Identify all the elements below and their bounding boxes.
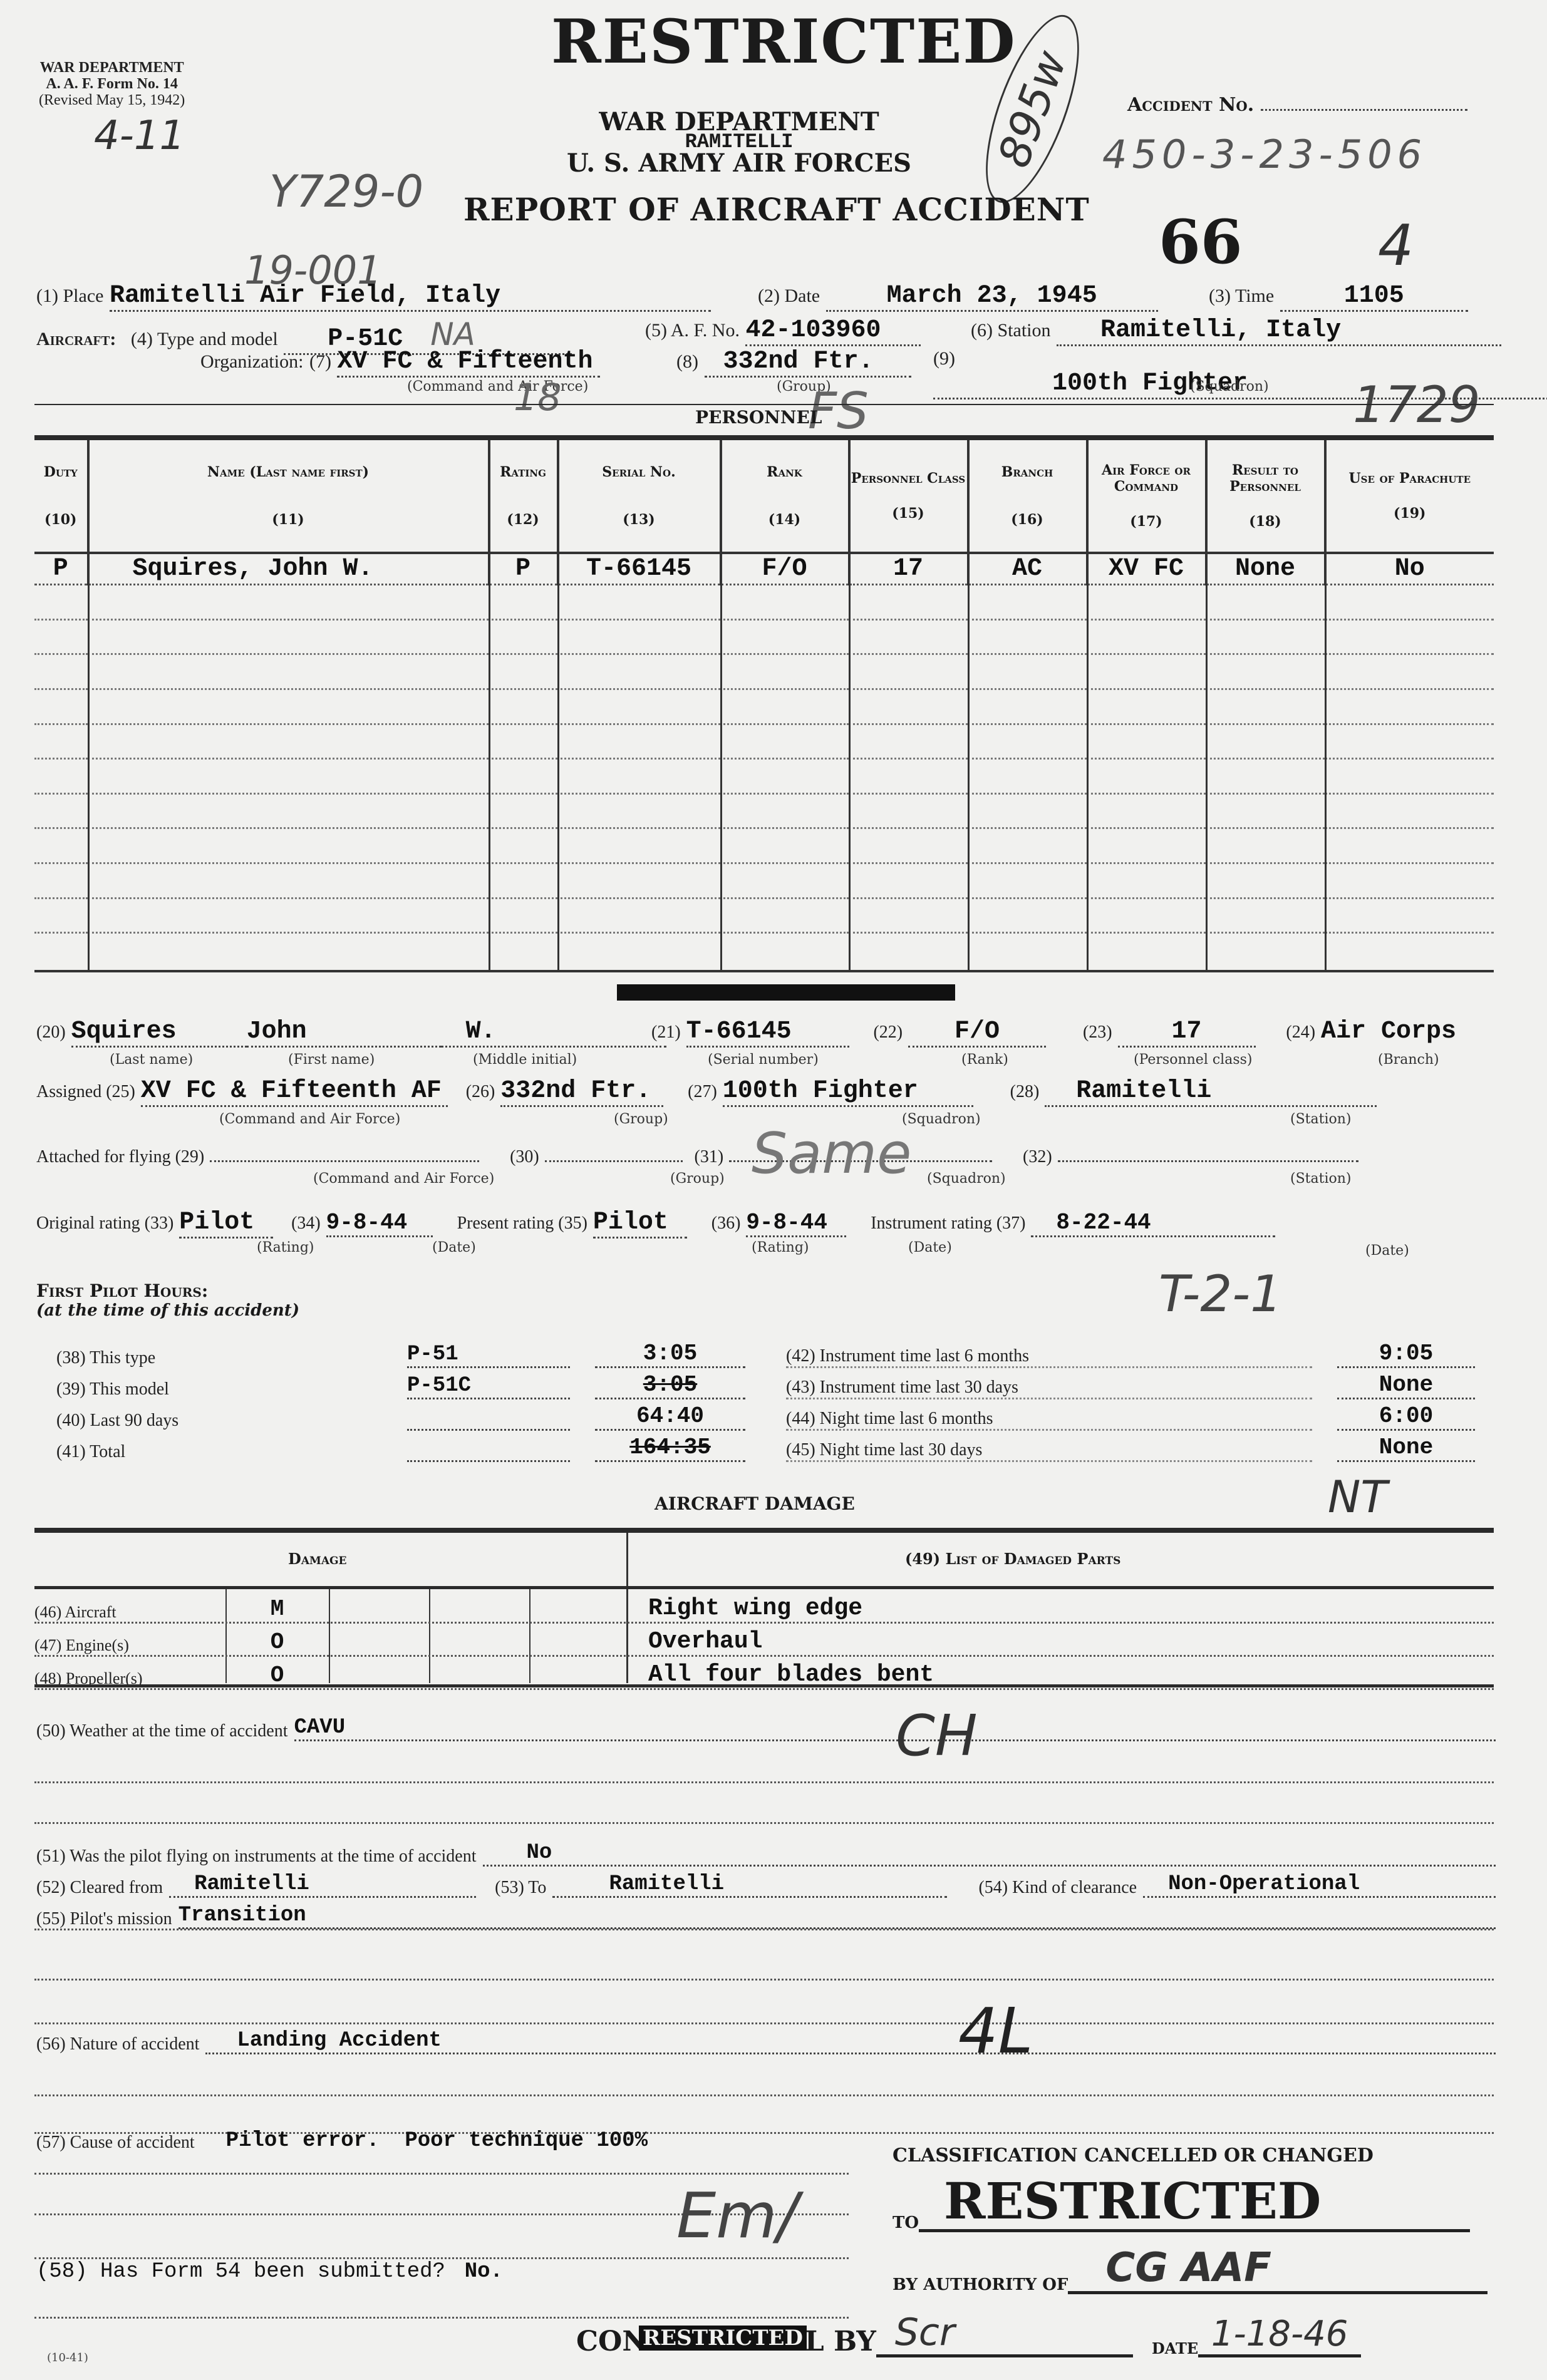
pilot-section-bar [617, 984, 955, 1001]
classification-stamp-top: RESTRICTED [551, 6, 1017, 77]
branch-caption: (Branch) [1378, 1052, 1439, 1068]
personnel-row-empty [34, 793, 1494, 828]
mission-label: (55) Pilot's mission [36, 1909, 172, 1929]
blank-line [34, 2022, 1494, 2024]
confidential-by-signature[interactable]: Scr [876, 2310, 1133, 2357]
place-label: (1) Place [36, 286, 103, 306]
afno-field[interactable]: 42-103960 [745, 316, 921, 346]
personnel-row-empty [34, 933, 1494, 971]
weather-initials: CH [896, 1703, 978, 1769]
col-result: Result to Personnel(18) [1206, 440, 1325, 553]
personnel-row-empty [34, 689, 1494, 724]
rank-caption: (Rank) [961, 1052, 1008, 1068]
print-code: (10-41) [47, 2351, 88, 2364]
hours-hand-note: T-2-1 [1159, 1265, 1282, 1323]
handwritten-check-4: 4 [1378, 213, 1414, 279]
form54-row: (58) Has Form 54 been submitted? No. [36, 2257, 503, 2284]
hours-label: (39) This model [56, 1379, 407, 1399]
present-rating-label: Present rating (35) [457, 1213, 587, 1233]
col-air-force: Air Force or Command(17) [1087, 440, 1206, 553]
time-field[interactable]: 1105 [1280, 282, 1468, 312]
nature-row: (56) Nature of accident Landing Accident [36, 2029, 1496, 2054]
blank-line [34, 2094, 1494, 2096]
authority-value[interactable]: CG AAF [1068, 2245, 1487, 2294]
blank-line [34, 1822, 1494, 1824]
cause-field[interactable]: Pilot error. Poor technique 100% [226, 2129, 648, 2153]
f21-label: (21) [651, 1023, 681, 1042]
instr-rating-label: Instrument rating (37) [871, 1213, 1025, 1233]
hours-value[interactable]: 3:05 [595, 1341, 745, 1368]
assigned-command[interactable]: XV FC & Fifteenth AF [141, 1077, 448, 1107]
handwritten-code-a: Y729-0 [269, 166, 423, 217]
nature-hand-note: 4L [958, 1994, 1033, 2068]
org7-field[interactable]: XV FC & Fifteenth [337, 348, 600, 378]
attached-group-caption: (Group) [670, 1171, 725, 1187]
time-row: (3) Time 1105 [1209, 282, 1468, 312]
classification-to-value[interactable]: RESTRICTED [919, 2173, 1470, 2232]
damage-header: Damage [288, 1550, 347, 1568]
classification-to: TO RESTRICTED [892, 2173, 1470, 2232]
org9-caption: (Squadron) [1190, 379, 1269, 394]
mission-row: (55) Pilot's mission Transition [36, 1903, 1496, 1929]
weather-label: (50) Weather at the time of accident [36, 1721, 288, 1741]
col-rank: Rank(14) [720, 440, 849, 553]
col-divider [1325, 440, 1327, 972]
col-divider [1206, 440, 1208, 972]
damaged-part[interactable]: Right wing edge [648, 1595, 862, 1622]
classification-changed-label: CLASSIFICATION CANCELLED OR CHANGED [892, 2145, 1374, 2166]
cell-air-force[interactable]: XV FC [1087, 553, 1206, 585]
cell-duty[interactable]: P [34, 553, 88, 585]
personnel-row-empty [34, 724, 1494, 759]
hours-value[interactable]: 6:00 [1337, 1403, 1475, 1431]
accident-no-field[interactable] [1261, 109, 1467, 111]
f20-label: (20) [36, 1023, 66, 1042]
damage-rows: (46) Aircraft M Right wing edge (47) Eng… [34, 1590, 1494, 1690]
handwritten-reference: 450-3-23-506 [1102, 131, 1427, 177]
personnel-header-row: Duty(10) Name (Last name first)(11) Rati… [34, 440, 1494, 553]
divider [34, 1684, 1494, 1687]
attached-command-caption: (Command and Air Force) [313, 1171, 494, 1187]
cell-serial[interactable]: T-66145 [557, 553, 720, 585]
personnel-row-empty [34, 759, 1494, 794]
personnel-row-empty [34, 654, 1494, 689]
damage-hand-note: NT [1328, 1471, 1387, 1523]
cause-row: (57) Cause of accident Pilot error. Poor… [36, 2129, 648, 2153]
to-field[interactable]: Ramitelli [552, 1872, 947, 1898]
present-date-caption: (Date) [908, 1240, 952, 1255]
serial-caption: (Serial number) [708, 1052, 819, 1068]
damaged-part[interactable]: Overhaul [648, 1628, 762, 1655]
form-id: WAR DEPARTMENT A. A. F. Form No. 14 (Rev… [39, 59, 185, 108]
hours-title: First Pilot Hours: (at the time of this … [36, 1280, 299, 1320]
col-parachute: Use of Parachute(19) [1325, 440, 1494, 553]
divider [34, 435, 1494, 440]
orig-date[interactable]: 9-8-44 [326, 1210, 433, 1237]
afno-row: (5) A. F. No. 42-103960 [645, 316, 921, 346]
handwritten-fs-number: 18 [514, 376, 561, 420]
pilot-last-name[interactable]: Squires [71, 1017, 247, 1048]
col-divider [489, 440, 490, 972]
personnel-table: Duty(10) Name (Last name first)(11) Rati… [34, 440, 1494, 972]
assigned-group-caption: (Group) [614, 1111, 668, 1127]
authority-label: BY AUTHORITY OF [892, 2275, 1068, 2294]
nature-field[interactable]: Landing Accident [205, 2029, 1496, 2054]
type-label: (4) Type and model [131, 329, 278, 349]
parts-header: (49) List of Damaged Parts [905, 1550, 1120, 1568]
attached-handwritten-same: Same [752, 1121, 911, 1187]
instr-rating-date[interactable]: 8-22-44 [1031, 1210, 1275, 1237]
hours-label: (38) This type [56, 1348, 407, 1368]
attached-station-caption: (Station) [1290, 1171, 1352, 1187]
hours-value[interactable]: 64:40 [595, 1403, 745, 1431]
damage-label: (46) Aircraft [34, 1603, 225, 1622]
hours-value[interactable]: 9:05 [1337, 1341, 1475, 1368]
weather-field[interactable]: CAVU [294, 1716, 1496, 1741]
personnel-row: P Squires, John W. P T-66145 F/O 17 AC X… [34, 553, 1494, 585]
assigned-station[interactable]: Ramitelli [1045, 1077, 1377, 1107]
cell-branch[interactable]: AC [968, 553, 1087, 585]
hours-label: (45) Night time last 30 days [786, 1440, 1312, 1462]
report-title: REPORT OF AIRCRAFT ACCIDENT [463, 191, 1090, 228]
personnel-row-empty [34, 585, 1494, 620]
form-number: A. A. F. Form No. 14 [39, 76, 185, 92]
damage-label: (47) Engine(s) [34, 1636, 225, 1655]
hours-row: (41) Total 164:35 [56, 1431, 745, 1462]
station-field[interactable]: Ramitelli, Italy [1057, 316, 1501, 346]
weather-row: (50) Weather at the time of accident CAV… [36, 1716, 1496, 1741]
ratings-row: Original rating (33) Pilot (34) 9-8-44 P… [36, 1208, 1275, 1239]
pilot-rank[interactable]: F/O [908, 1017, 1046, 1048]
col-personnel-class: Personnel Class(15) [849, 440, 968, 553]
place-field[interactable]: Ramitelli Air Field, Italy [110, 282, 711, 312]
clearance-row: (52) Cleared from Ramitelli (53) To Rami… [36, 1872, 1496, 1898]
cell-rank[interactable]: F/O [720, 553, 849, 585]
last-name-caption: (Last name) [110, 1052, 193, 1068]
cell-parachute[interactable]: No [1325, 553, 1494, 585]
orig-rating[interactable]: Pilot [179, 1208, 273, 1239]
clearance-label: (54) Kind of clearance [978, 1878, 1137, 1898]
damage-row: (47) Engine(s) O Overhaul [34, 1624, 1494, 1657]
orig-date-caption: (Date) [432, 1240, 476, 1255]
cell-class[interactable]: 17 [849, 553, 968, 585]
pilot-serial[interactable]: T-66145 [686, 1017, 849, 1048]
instr-date-caption: (Date) [1365, 1243, 1409, 1259]
col-rating: Rating(12) [489, 440, 557, 553]
hours-value[interactable]: 164:35 [595, 1435, 745, 1462]
blank-line [34, 1781, 1494, 1783]
date-label: (2) Date [758, 286, 820, 306]
place-row: (1) Place Ramitelli Air Field, Italy [36, 282, 711, 312]
col-duty: Duty(10) [34, 440, 88, 553]
present-rating-caption: (Rating) [752, 1240, 809, 1255]
confidential-by-row: CONFIDENTIAL BY RESTRICTED Scr DATE 1-18… [576, 2310, 1361, 2357]
mission-field[interactable]: Transition [178, 1903, 1496, 1929]
time-label: (3) Time [1209, 286, 1274, 306]
classification-to-label: TO [892, 2213, 919, 2232]
divider [34, 404, 1494, 405]
authority-row: BY AUTHORITY OF CG AAF [892, 2245, 1487, 2294]
personnel-row-empty [34, 863, 1494, 899]
personnel-row-empty [34, 619, 1494, 654]
hours-row: (40) Last 90 days 64:40 [56, 1399, 745, 1431]
pilot-class[interactable]: 17 [1118, 1017, 1256, 1048]
pilot-first-name[interactable]: John [247, 1017, 441, 1048]
hours-model[interactable] [407, 1460, 570, 1462]
pilot-name-row: (20) SquiresJohnW. [36, 1017, 666, 1048]
blank-line [34, 1979, 1494, 1981]
f22-label: (22) [873, 1023, 903, 1042]
orig-rating-caption: (Rating) [257, 1240, 314, 1255]
org8-field[interactable]: 332nd Ftr. [705, 348, 911, 378]
hours-value[interactable]: 3:05 [595, 1372, 745, 1399]
to-label: (53) To [495, 1878, 546, 1898]
hours-value[interactable]: None [1337, 1435, 1475, 1462]
hours-label: (44) Night time last 6 months [786, 1409, 1312, 1431]
hours-left: (38) This type P-51 3:05 (39) This model… [56, 1337, 745, 1462]
confidential-by-label: CONFIDENTIAL BY RESTRICTED [576, 2326, 876, 2357]
class-caption: (Personnel class) [1134, 1052, 1253, 1068]
f34-label: (34) [291, 1213, 321, 1233]
clearance-field[interactable]: Non-Operational [1143, 1872, 1496, 1898]
assigned-command-caption: (Command and Air Force) [219, 1111, 400, 1127]
date-field[interactable]: March 23, 1945 [826, 282, 1158, 312]
hours-label: (40) Last 90 days [56, 1411, 407, 1431]
form54-label: (58) Has Form 54 been submitted? [36, 2260, 445, 2284]
date-row: (2) Date March 23, 1945 [758, 282, 1158, 312]
assigned-group[interactable]: 332nd Ftr. [500, 1077, 663, 1107]
cell-result[interactable]: None [1206, 553, 1325, 585]
damage-title: AIRCRAFT DAMAGE [654, 1493, 855, 1514]
cell-name[interactable]: Squires, John W. [88, 553, 489, 585]
f32-label: (32) [1023, 1147, 1052, 1167]
assigned-row: Assigned (25) XV FC & Fifteenth AF (26) … [36, 1077, 1377, 1107]
hours-model[interactable]: P-51C [407, 1374, 570, 1399]
dept-overprint: RAMITELLI [545, 135, 933, 150]
instruments-row: (51) Was the pilot flying on instruments… [36, 1841, 1496, 1867]
org7-label: (7) [309, 351, 331, 372]
assigned-label: Assigned (25) [36, 1082, 135, 1101]
aircraft-label: Aircraft: [36, 329, 116, 349]
hours-row: (42) Instrument time last 6 months 9:05 [786, 1337, 1475, 1368]
stamp-number: 66 [1159, 207, 1243, 277]
hours-right: (42) Instrument time last 6 months 9:05 … [786, 1337, 1475, 1462]
col-divider [720, 440, 722, 972]
f23-label: (23) [1083, 1023, 1112, 1042]
col-divider [557, 440, 559, 972]
station-row: (6) Station Ramitelli, Italy [971, 316, 1501, 346]
personnel-grid: Duty(10) Name (Last name first)(11) Rati… [34, 440, 1494, 972]
hours-label: (42) Instrument time last 6 months [786, 1346, 1312, 1368]
signature-left: Em/ [676, 2179, 798, 2252]
f30-label: (30) [510, 1147, 539, 1167]
overstamp-restricted: RESTRICTED [639, 2326, 807, 2351]
damage-row: (46) Aircraft M Right wing edge [34, 1590, 1494, 1624]
col-name: Name (Last name first)(11) [88, 440, 489, 553]
pilot-branch[interactable]: Air Corps [1321, 1017, 1456, 1046]
form-dept: WAR DEPARTMENT [39, 59, 185, 76]
footer-date-value[interactable]: 1-18-46 [1198, 2314, 1361, 2357]
handwritten-top-left: 4-11 [94, 113, 185, 159]
attached-station[interactable] [1058, 1160, 1358, 1162]
col-serial: Serial No.(13) [557, 440, 720, 553]
hours-row: (45) Night time last 30 days None [786, 1431, 1475, 1462]
personnel-row-empty [34, 898, 1494, 933]
personnel-row-empty [34, 828, 1494, 863]
f24-label: (24) [1286, 1023, 1315, 1042]
hours-label: (41) Total [56, 1442, 407, 1462]
instruments-field[interactable]: No [483, 1841, 1496, 1867]
assigned-station-caption: (Station) [1290, 1111, 1352, 1127]
damage-code[interactable]: M [225, 1596, 329, 1622]
f36-label: (36) [711, 1213, 741, 1233]
damage-code[interactable]: O [225, 1629, 329, 1655]
orig-rating-label: Original rating (33) [36, 1213, 173, 1233]
middle-initial-caption: (Middle initial) [473, 1052, 577, 1068]
f27-label: (27) [688, 1082, 717, 1101]
cell-rating[interactable]: P [489, 553, 557, 585]
f28-label: (28) [1010, 1082, 1040, 1101]
accident-no: Accident No. [1127, 94, 1467, 116]
instruments-label: (51) Was the pilot flying on instruments… [36, 1847, 477, 1867]
org-label: Organization: [200, 351, 303, 372]
divider [34, 1586, 1494, 1589]
org8-label: (8) [676, 351, 698, 372]
hours-row: (43) Instrument time last 30 days None [786, 1368, 1475, 1399]
pilot-middle-initial[interactable]: W. [441, 1017, 666, 1048]
present-rating[interactable]: Pilot [593, 1208, 687, 1239]
form-revised: (Revised May 15, 1942) [39, 92, 185, 108]
org9-label: (9) [933, 348, 955, 369]
letterhead: WAR DEPARTMENT RAMITELLI U. S. ARMY AIR … [545, 110, 933, 177]
present-date[interactable]: 9-8-44 [746, 1210, 846, 1237]
f31-label: (31) [695, 1147, 724, 1167]
cleared-from-field[interactable]: Ramitelli [169, 1872, 476, 1898]
hours-row: (44) Night time last 6 months 6:00 [786, 1399, 1475, 1431]
afno-label: (5) A. F. No. [645, 320, 740, 341]
army-name: U. S. ARMY AIR FORCES [545, 150, 933, 177]
col-divider [849, 440, 851, 972]
cause-label: (57) Cause of accident [36, 2133, 195, 2153]
hours-row: (38) This type P-51 3:05 [56, 1337, 745, 1368]
nature-label: (56) Nature of accident [36, 2034, 199, 2054]
organization-row: Organization: (7) XV FC & Fifteenth [200, 348, 600, 378]
cleared-from-label: (52) Cleared from [36, 1878, 163, 1898]
hours-value[interactable]: None [1337, 1372, 1475, 1399]
hours-heading: First Pilot Hours: [36, 1280, 299, 1301]
attached-squadron-caption: (Squadron) [927, 1171, 1006, 1187]
f26-label: (26) [466, 1082, 495, 1101]
divider [34, 1528, 1494, 1533]
personnel-title: PERSONNEL [695, 407, 822, 428]
attached-command[interactable] [210, 1160, 479, 1162]
station-label: (6) Station [971, 320, 1051, 341]
col-divider [1087, 440, 1089, 972]
blank-line [34, 2173, 849, 2175]
col-divider [968, 440, 970, 972]
attached-group[interactable] [545, 1160, 683, 1162]
footer-date-label: DATE [1152, 2339, 1198, 2357]
assigned-squadron[interactable]: 100th Fighter [723, 1077, 973, 1107]
first-name-caption: (First name) [288, 1052, 375, 1068]
attached-row: Attached for flying (29) (30) (31) (32) [36, 1146, 1358, 1167]
col-branch: Branch(16) [968, 440, 1087, 553]
org8-row: (8) 332nd Ftr. [676, 348, 911, 378]
hours-row: (39) This model P-51C 3:05 [56, 1368, 745, 1399]
assigned-squadron-caption: (Squadron) [902, 1111, 981, 1127]
hours-subheading: (at the time of this accident) [36, 1301, 299, 1320]
hours-model[interactable]: P-51 [407, 1342, 570, 1368]
serial-row: (21) T-66145 (22) F/O (23) 17 (24) Air C… [651, 1017, 1456, 1048]
accident-no-label: Accident No. [1127, 94, 1254, 116]
hours-model[interactable] [407, 1429, 570, 1431]
hours-label: (43) Instrument time last 30 days [786, 1378, 1312, 1399]
form54-field[interactable]: No. [465, 2260, 503, 2284]
attached-label: Attached for flying (29) [36, 1147, 204, 1167]
col-divider [88, 440, 90, 972]
